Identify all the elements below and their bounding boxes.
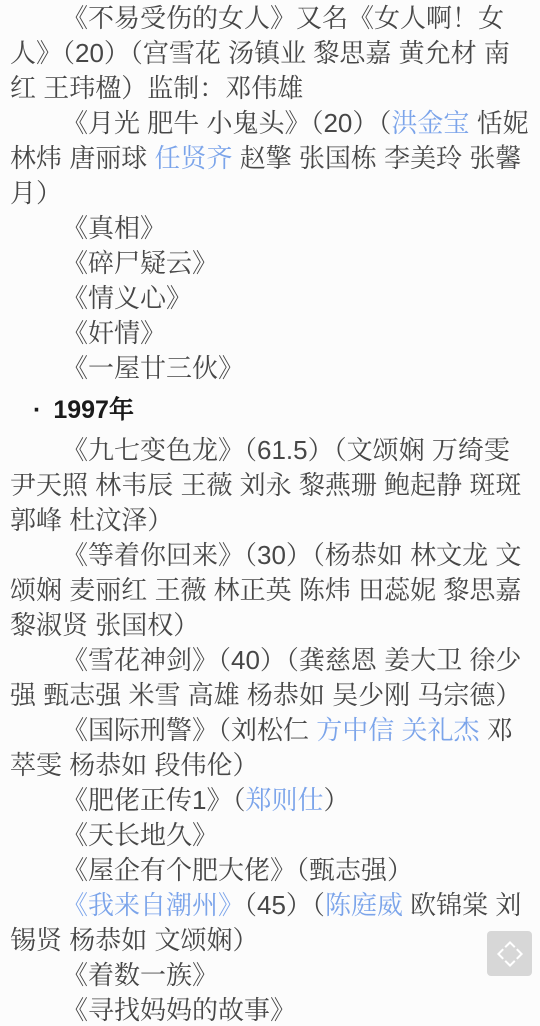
entity-link[interactable]: 陈庭威 <box>325 890 403 920</box>
paragraph: 《月光 肥牛 小鬼头》（20）（洪金宝 恬妮 林炜 唐丽球 任贤齐 赵擎 张国栋… <box>10 106 532 211</box>
text-segment: 《真相》 <box>62 213 166 243</box>
paragraph: 《着数一族》 <box>10 958 532 993</box>
year-heading-text: 1997年 <box>53 396 134 424</box>
paragraph: 《奸情》 <box>10 316 532 351</box>
paragraph: 《肥佬正传1》（郑则仕） <box>10 783 532 818</box>
paragraph: 《不易受伤的女人》又名《女人啊！女人》（20）（宫雪花 汤镇业 黎思嘉 黄允材 … <box>10 1 532 106</box>
move-diamond-icon <box>493 937 527 971</box>
paragraph: 《一屋廿三伙》 <box>10 351 532 386</box>
paragraph: 《屋企有个肥大佬》（甄志强） <box>10 853 532 888</box>
text-segment: 《情义心》 <box>62 283 192 313</box>
article-body: 《不易受伤的女人》又名《女人啊！女人》（20）（宫雪花 汤镇业 黎思嘉 黄允材 … <box>0 0 540 1026</box>
paragraph: 《国际刑警》（刘松仁 方中信 关礼杰 邓萃雯 杨恭如 段伟伦） <box>10 713 532 783</box>
text-segment: 《屋企有个肥大佬》（甄志强） <box>62 855 413 885</box>
text-segment: 《着数一族》 <box>62 960 218 990</box>
text-segment: ） <box>323 785 349 815</box>
year-heading: ·1997年 <box>10 391 532 429</box>
text-segment: （45）（ <box>244 890 325 920</box>
text-segment: 《不易受伤的女人》又名《女人啊！女人》（20）（宫雪花 汤镇业 黎思嘉 黄允材 … <box>10 3 510 103</box>
text-segment: 《等着你回来》（30）（杨恭如 林文龙 文颂娴 麦丽红 王薇 林正英 陈炜 田蕊… <box>10 540 521 640</box>
text-segment: 《国际刑警》（刘松仁 <box>62 715 316 745</box>
paragraph: 《九七变色龙》（61.5）（文颂娴 万绮雯 尹天照 林韦辰 王薇 刘永 黎燕珊 … <box>10 433 532 538</box>
text-segment: 《天长地久》 <box>62 820 218 850</box>
entity-link[interactable]: 关礼杰 <box>401 715 479 745</box>
paragraph: 《真相》 <box>10 211 532 246</box>
text-segment: 《碎尸疑云》 <box>62 248 218 278</box>
bullet-dot: · <box>33 391 41 429</box>
entity-link[interactable]: 《我来自潮州》 <box>62 890 244 920</box>
text-segment: 《奸情》 <box>62 318 166 348</box>
paragraph: 《碎尸疑云》 <box>10 246 532 281</box>
paragraph: 《等着你回来》（30）（杨恭如 林文龙 文颂娴 麦丽红 王薇 林正英 陈炜 田蕊… <box>10 538 532 643</box>
float-widget-button[interactable] <box>487 931 532 976</box>
paragraph: 《我来自潮州》（45）（陈庭威 欧锦棠 刘锡贤 杨恭如 文颂娴） <box>10 888 532 958</box>
text-segment: 《肥佬正传1》（ <box>62 785 245 815</box>
text-segment: 《九七变色龙》（61.5）（文颂娴 万绮雯 尹天照 林韦辰 王薇 刘永 黎燕珊 … <box>10 435 521 535</box>
paragraph: 《情义心》 <box>10 281 532 316</box>
paragraph: 《寻找妈妈的故事》 <box>10 993 532 1026</box>
entity-link[interactable]: 方中信 <box>316 715 394 745</box>
entity-link[interactable]: 洪金宝 <box>391 108 469 138</box>
text-segment: 《月光 肥牛 小鬼头》（20）（ <box>62 108 391 138</box>
paragraph: 《雪花神剑》（40）（龚慈恩 姜大卫 徐少强 甄志强 米雪 高雄 杨恭如 吴少刚… <box>10 643 532 713</box>
text-segment: 《雪花神剑》（40）（龚慈恩 姜大卫 徐少强 甄志强 米雪 高雄 杨恭如 吴少刚… <box>10 645 521 710</box>
text-segment: 《一屋廿三伙》 <box>62 353 244 383</box>
entity-link[interactable]: 郑则仕 <box>245 785 323 815</box>
text-segment: 《寻找妈妈的故事》 <box>62 995 296 1025</box>
entity-link[interactable]: 任贤齐 <box>154 143 232 173</box>
paragraph: 《天长地久》 <box>10 818 532 853</box>
